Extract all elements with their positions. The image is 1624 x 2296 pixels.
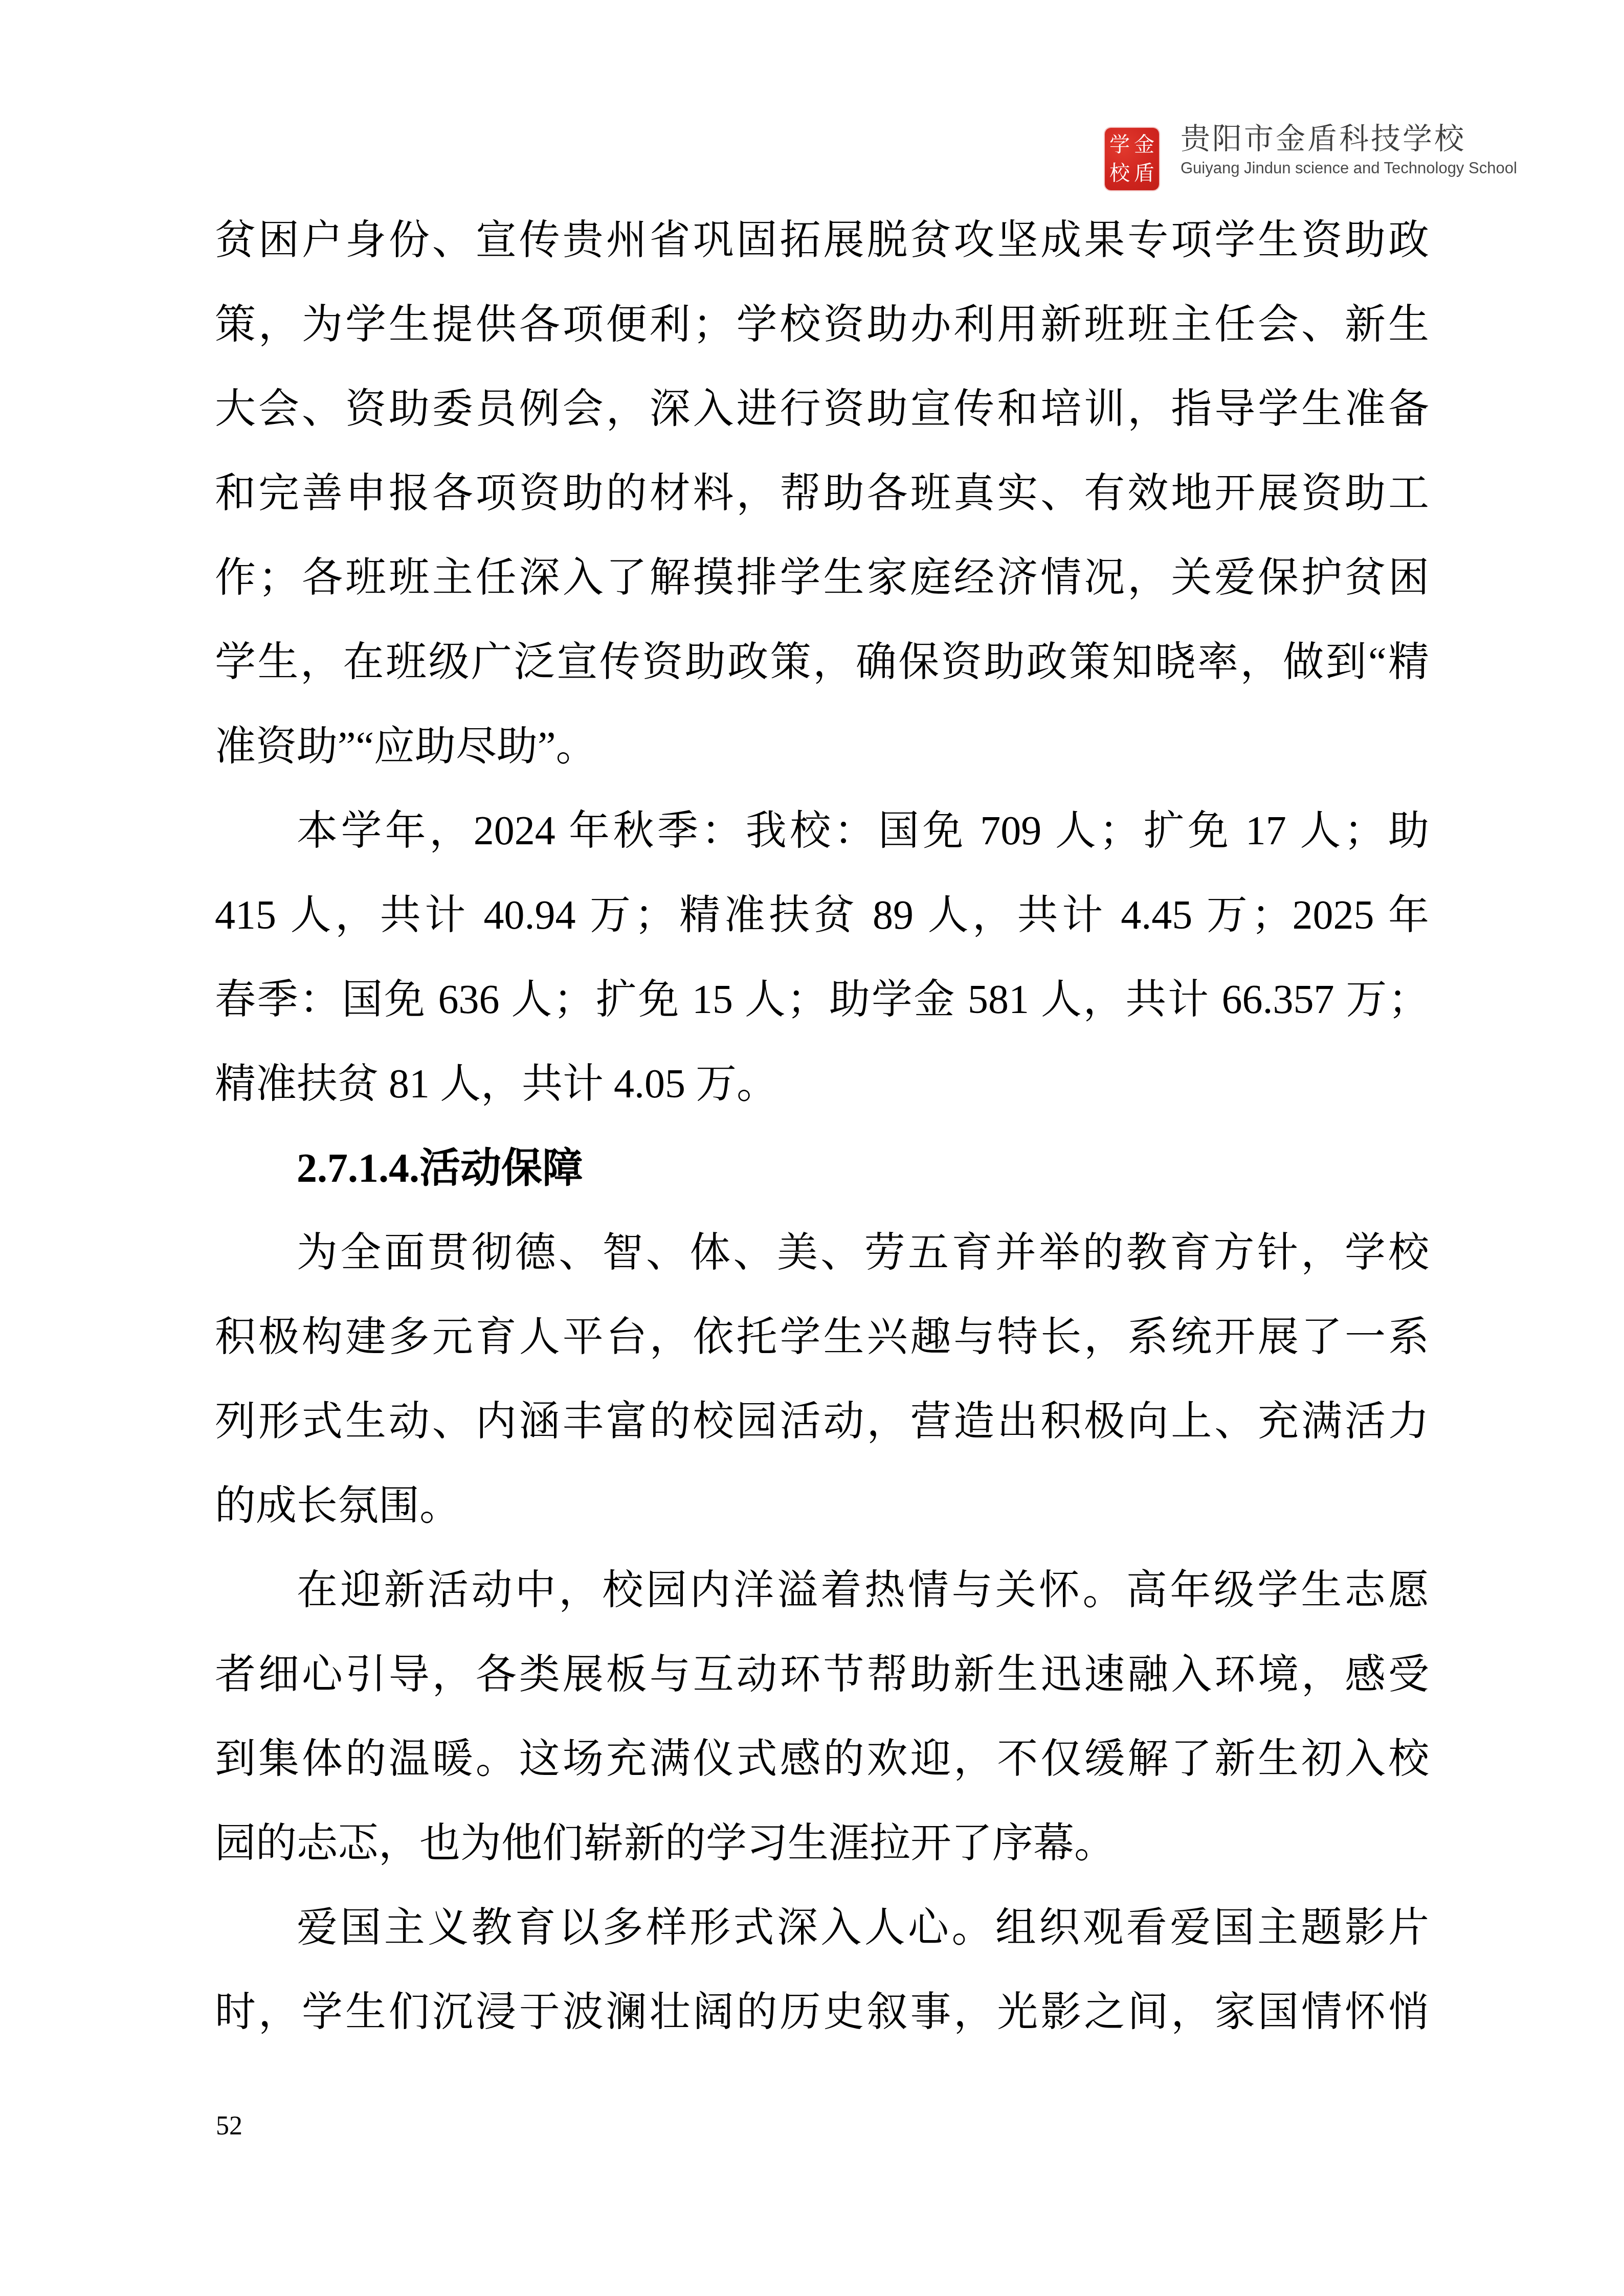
text-line: 的成长氛围。 (215, 1464, 1429, 1548)
text-line: 大会、资助委员例会，深入进行资助宣传和培训，指导学生准备 (215, 367, 1429, 452)
seal-char: 校 (1107, 159, 1132, 188)
school-name-block: 贵阳市金盾科技学校 Guiyang Jindun science and Tec… (1181, 123, 1517, 177)
text-line: 本学年，2024 年秋季：我校：国免 709 人；扩免 17 人；助 (215, 789, 1429, 873)
document-body: 贫困户身份、宣传贵州省巩固拓展脱贫攻坚成果专项学生资助政策，为学生提供各项便利；… (215, 198, 1429, 2055)
school-name-chinese: 贵阳市金盾科技学校 (1181, 123, 1517, 155)
text-line: 者细心引导，各类展板与互动环节帮助新生迅速融入环境，感受 (215, 1633, 1429, 1717)
text-line: 415 人，共计 40.94 万；精准扶贫 89 人，共计 4.45 万；202… (215, 873, 1429, 958)
section-heading: 2.7.1.4.活动保障 (215, 1127, 1429, 1211)
document-page: 学 金 校 盾 贵阳市金盾科技学校 Guiyang Jindun science… (0, 0, 1624, 2296)
text-line: 爱国主义教育以多样形式深入人心。组织观看爱国主题影片 (215, 1886, 1429, 1970)
text-line: 园的忐忑，也为他们崭新的学习生涯拉开了序幕。 (215, 1802, 1429, 1886)
text-line: 作；各班班主任深入了解摸排学生家庭经济情况，关爱保护贫困 (215, 536, 1429, 620)
page-number: 52 (216, 2111, 242, 2142)
school-seal-logo: 学 金 校 盾 (1105, 128, 1159, 190)
text-line: 和完善申报各项资助的材料，帮助各班真实、有效地开展资助工 (215, 452, 1429, 536)
text-line: 贫困户身份、宣传贵州省巩固拓展脱贫攻坚成果专项学生资助政 (215, 198, 1429, 283)
text-line: 在迎新活动中，校园内洋溢着热情与关怀。高年级学生志愿 (215, 1548, 1429, 1633)
text-line: 时，学生们沉浸于波澜壮阔的历史叙事，光影之间，家国情怀悄 (215, 1970, 1429, 2055)
school-header: 学 金 校 盾 贵阳市金盾科技学校 Guiyang Jindun science… (1105, 123, 1517, 190)
school-name-english: Guiyang Jindun science and Technology Sc… (1181, 160, 1517, 177)
seal-char: 学 (1107, 130, 1132, 159)
text-line: 列形式生动、内涵丰富的校园活动，营造出积极向上、充满活力 (215, 1380, 1429, 1464)
seal-char: 盾 (1132, 159, 1156, 188)
text-line: 学生，在班级广泛宣传资助政策，确保资助政策知晓率，做到“精 (215, 620, 1429, 705)
text-line: 精准扶贫 81 人，共计 4.05 万。 (215, 1042, 1429, 1127)
text-line: 准资助”“应助尽助”。 (215, 705, 1429, 789)
text-line: 为全面贯彻德、智、体、美、劳五育并举的教育方针，学校 (215, 1211, 1429, 1295)
text-line: 到集体的温暖。这场充满仪式感的欢迎，不仅缓解了新生初入校 (215, 1717, 1429, 1802)
text-line: 积极构建多元育人平台，依托学生兴趣与特长，系统开展了一系 (215, 1295, 1429, 1380)
text-line: 春季：国免 636 人；扩免 15 人；助学金 581 人，共计 66.357 … (215, 958, 1429, 1042)
text-line: 策，为学生提供各项便利；学校资助办利用新班班主任会、新生 (215, 283, 1429, 367)
seal-char: 金 (1132, 130, 1156, 159)
